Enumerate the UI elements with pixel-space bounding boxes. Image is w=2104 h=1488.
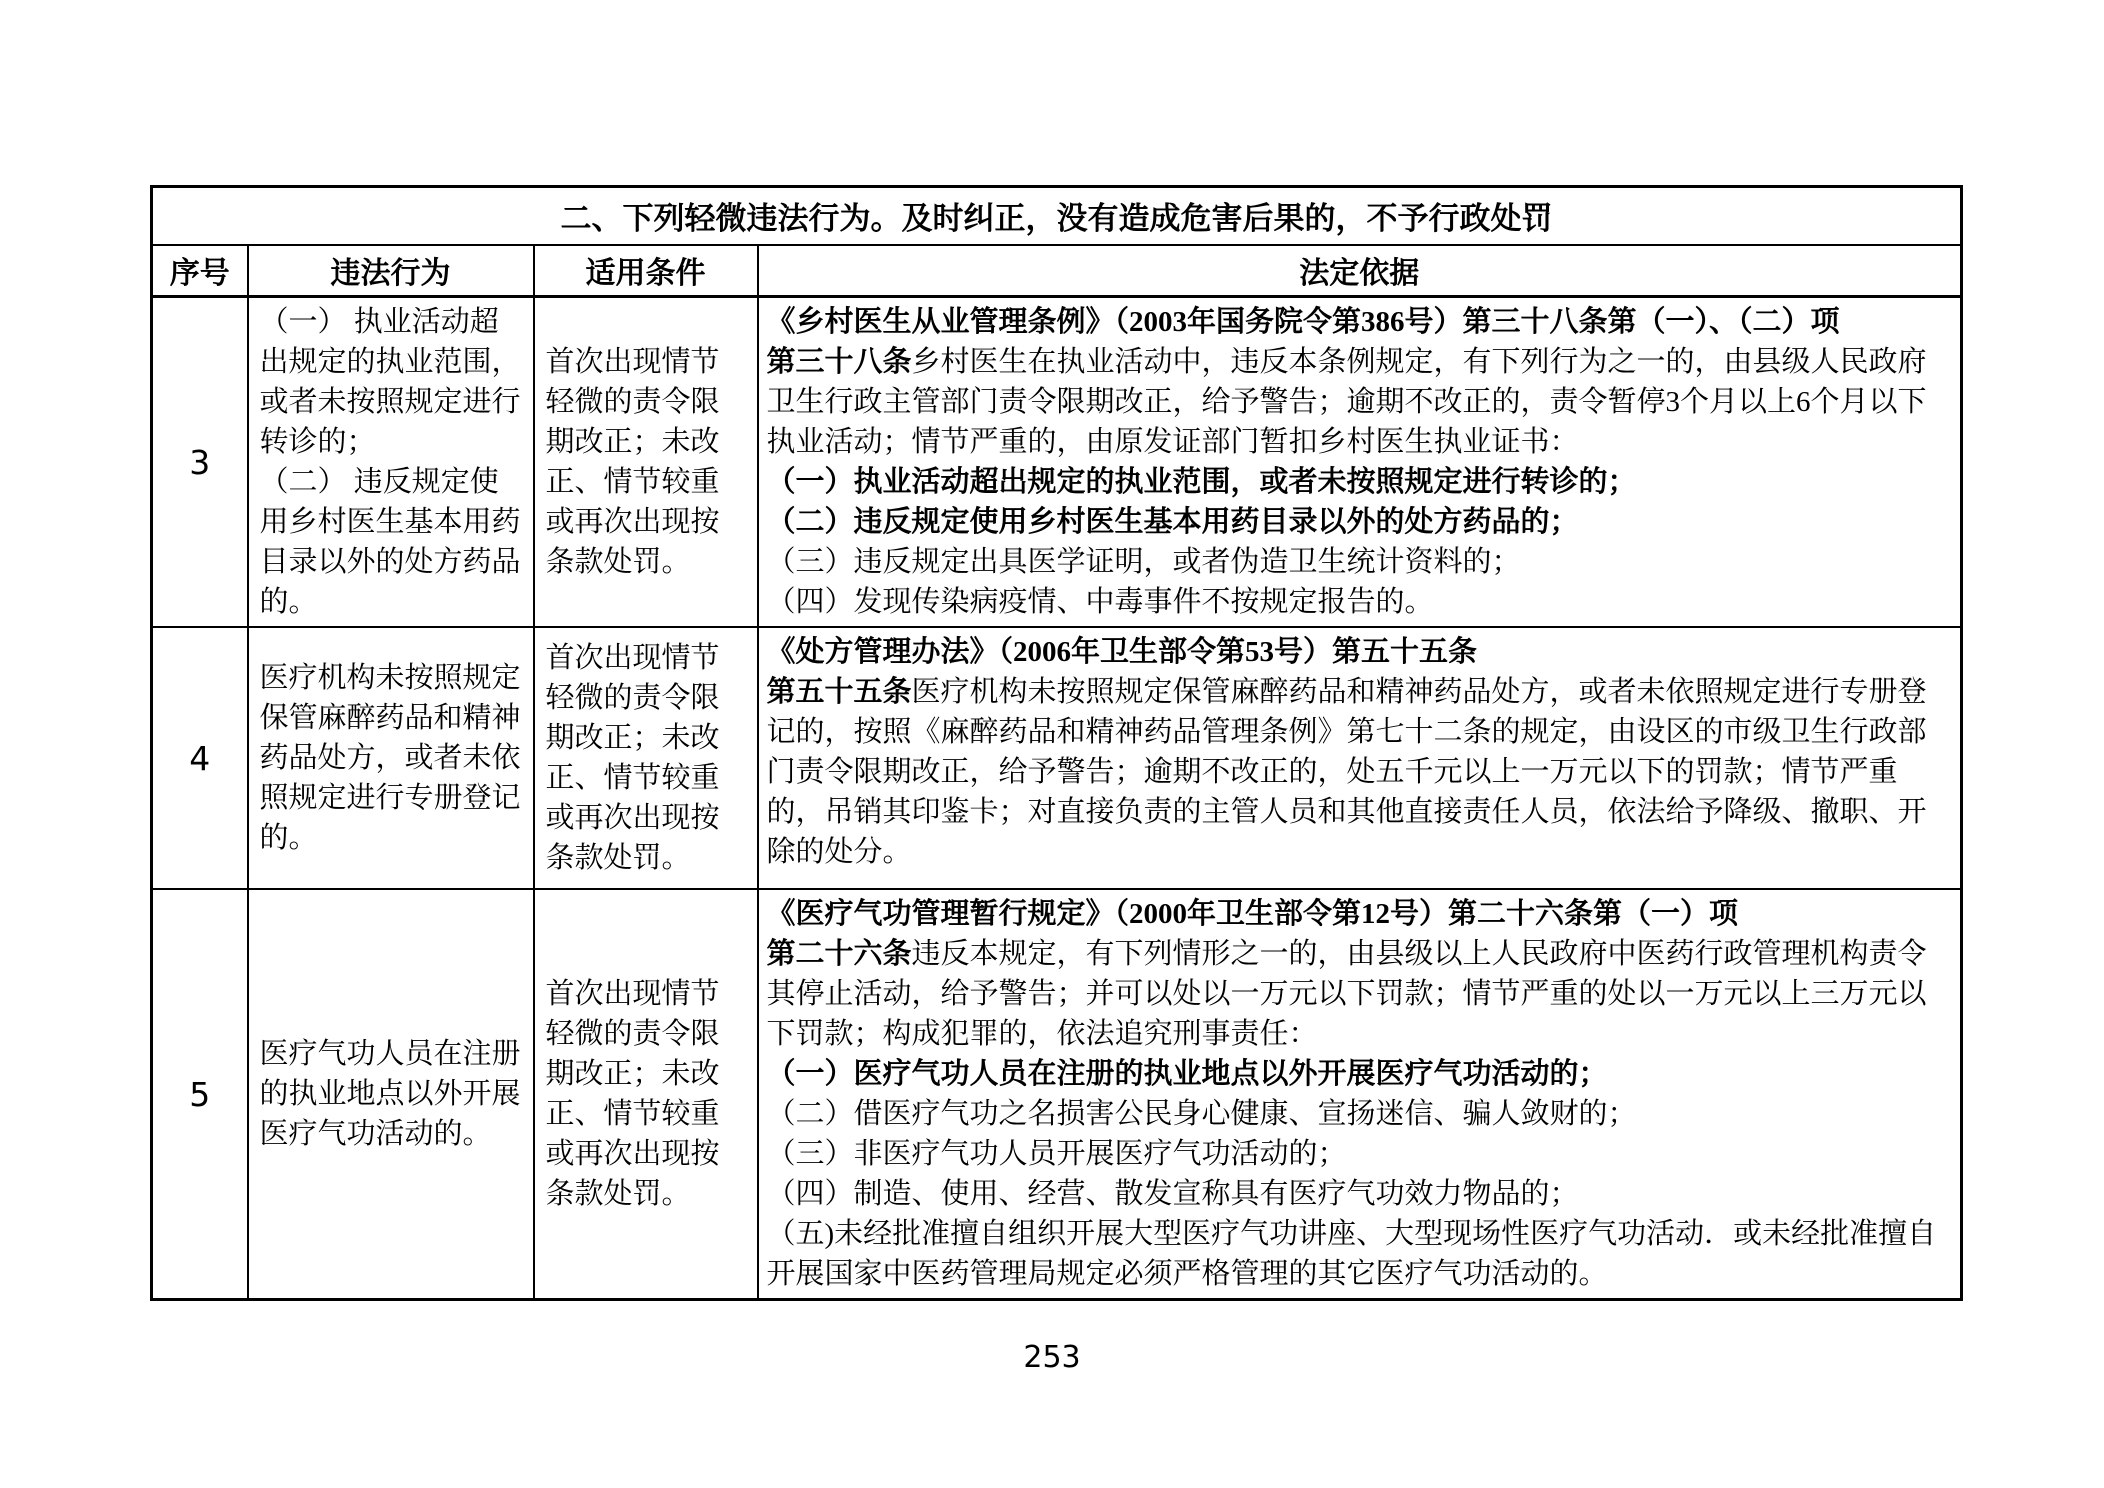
- text-paragraph: 医疗机构未按照规定保管麻醉药品和精神药品处方，或者未依照规定进行专册登记的。: [260, 658, 522, 858]
- document-page: 二、下列轻微违法行为。及时纠正，没有造成危害后果的，不予行政处罚 序号 违法行为…: [0, 0, 2104, 1488]
- legal-text: （五)未经批准擅自组织开展大型医疗气功讲座、大型现场性医疗气功活动．或未经批准擅…: [767, 1218, 1937, 1290]
- column-header-behavior: 违法行为: [248, 245, 534, 297]
- legal-basis-line: 《乡村医生从业管理条例》（2003年国务院令第386号）第三十八条第（一）、（二…: [767, 302, 1951, 342]
- text-paragraph: 首次出现情节轻微的责令限期改正；未改正、情节较重或再次出现按条款处罚。: [546, 974, 746, 1214]
- text-paragraph: 首次出现情节轻微的责令限期改正；未改正、情节较重或再次出现按条款处罚。: [546, 342, 746, 582]
- legal-text: 乡村医生在执业活动中，违反本条例规定，有下列行为之一的，由县级人民政府卫生行政主…: [767, 346, 1927, 458]
- condition-cell: 首次出现情节轻微的责令限期改正；未改正、情节较重或再次出现按条款处罚。: [534, 627, 758, 889]
- legal-basis-line: （三）违反规定出具医学证明，或者伪造卫生统计资料的；: [767, 542, 1951, 582]
- row-index: 4: [152, 627, 248, 889]
- behavior-cell: 医疗机构未按照规定保管麻醉药品和精神药品处方，或者未依照规定进行专册登记的。: [248, 627, 534, 889]
- table-title: 二、下列轻微违法行为。及时纠正，没有造成危害后果的，不予行政处罚: [152, 187, 1962, 245]
- legal-basis-cell: 《乡村医生从业管理条例》（2003年国务院令第386号）第三十八条第（一）、（二…: [758, 297, 1962, 628]
- legal-text-bold: 第五十五条: [767, 676, 912, 708]
- legal-text: （三）非医疗气功人员开展医疗气功活动的；: [767, 1138, 1347, 1170]
- table-row: 5 医疗气功人员在注册的执业地点以外开展医疗气功活动的。 首次出现情节轻微的责令…: [152, 889, 1962, 1300]
- table-header-row: 序号 违法行为 适用条件 法定依据: [152, 245, 1962, 297]
- legal-text-bold: （一）医疗气功人员在注册的执业地点以外开展医疗气功活动的；: [767, 1058, 1608, 1090]
- legal-text: （四）发现传染病疫情、中毒事件不按规定报告的。: [767, 586, 1434, 618]
- legal-basis-line: 《医疗气功管理暂行规定》（2000年卫生部令第12号）第二十六条第（一）项: [767, 894, 1951, 934]
- column-header-condition: 适用条件: [534, 245, 758, 297]
- table-row: 4 医疗机构未按照规定保管麻醉药品和精神药品处方，或者未依照规定进行专册登记的。…: [152, 627, 1962, 889]
- table-body: 3 （一） 执业活动超出规定的执业范围，或者未按照规定进行转诊的；（二） 违反规…: [152, 297, 1962, 1300]
- legal-text-bold: （一）执业活动超出规定的执业范围，或者未按照规定进行转诊的；: [767, 466, 1637, 498]
- legal-text-bold: 《处方管理办法》（2006年卫生部令第53号）第五十五条: [767, 636, 1478, 668]
- legal-text-bold: （二）违反规定使用乡村医生基本用药目录以外的处方药品的；: [767, 506, 1579, 538]
- legal-basis-cell: 《处方管理办法》（2006年卫生部令第53号）第五十五条第五十五条医疗机构未按照…: [758, 627, 1962, 889]
- legal-basis-line: （二）违反规定使用乡村医生基本用药目录以外的处方药品的；: [767, 502, 1951, 542]
- condition-cell: 首次出现情节轻微的责令限期改正；未改正、情节较重或再次出现按条款处罚。: [534, 889, 758, 1300]
- legal-basis-line: （五)未经批准擅自组织开展大型医疗气功讲座、大型现场性医疗气功活动．或未经批准擅…: [767, 1214, 1951, 1294]
- legal-basis-cell: 《医疗气功管理暂行规定》（2000年卫生部令第12号）第二十六条第（一）项第二十…: [758, 889, 1962, 1300]
- row-index: 3: [152, 297, 248, 628]
- legal-basis-line: 第二十六条违反本规定，有下列情形之一的，由县级以上人民政府中医药行政管理机构责令…: [767, 934, 1951, 1054]
- behavior-cell: 医疗气功人员在注册的执业地点以外开展医疗气功活动的。: [248, 889, 534, 1300]
- condition-cell: 首次出现情节轻微的责令限期改正；未改正、情节较重或再次出现按条款处罚。: [534, 297, 758, 628]
- legal-text: 医疗机构未按照规定保管麻醉药品和精神药品处方，或者未依照规定进行专册登记的，按照…: [767, 676, 1927, 868]
- legal-text-bold: 第三十八条: [767, 346, 912, 378]
- legal-basis-line: （二）借医疗气功之名损害公民身心健康、宣扬迷信、骗人敛财的；: [767, 1094, 1951, 1134]
- legal-text-bold: 《医疗气功管理暂行规定》（2000年卫生部令第12号）第二十六条第（一）项: [767, 898, 1739, 930]
- legal-basis-line: （四）制造、使用、经营、散发宣称具有医疗气功效力物品的；: [767, 1174, 1951, 1214]
- legal-basis-line: 第三十八条乡村医生在执业活动中，违反本条例规定，有下列行为之一的，由县级人民政府…: [767, 342, 1951, 462]
- legal-text-bold: 《乡村医生从业管理条例》（2003年国务院令第386号）第三十八条第（一）、（二…: [767, 306, 1840, 338]
- text-paragraph: 首次出现情节轻微的责令限期改正；未改正、情节较重或再次出现按条款处罚。: [546, 638, 746, 878]
- legal-text: 违反本规定，有下列情形之一的，由县级以上人民政府中医药行政管理机构责令其停止活动…: [767, 938, 1927, 1050]
- behavior-cell: （一） 执业活动超出规定的执业范围，或者未按照规定进行转诊的；（二） 违反规定使…: [248, 297, 534, 628]
- table-row: 3 （一） 执业活动超出规定的执业范围，或者未按照规定进行转诊的；（二） 违反规…: [152, 297, 1962, 628]
- text-paragraph: 医疗气功人员在注册的执业地点以外开展医疗气功活动的。: [260, 1034, 522, 1154]
- text-paragraph: （二） 违反规定使用乡村医生基本用药目录以外的处方药品的。: [260, 462, 522, 622]
- page-number: 253: [0, 1340, 2104, 1375]
- regulation-table: 二、下列轻微违法行为。及时纠正，没有造成危害后果的，不予行政处罚 序号 违法行为…: [150, 185, 1963, 1301]
- legal-basis-line: 《处方管理办法》（2006年卫生部令第53号）第五十五条: [767, 632, 1951, 672]
- legal-basis-line: （一）医疗气功人员在注册的执业地点以外开展医疗气功活动的；: [767, 1054, 1951, 1094]
- legal-basis-line: 第五十五条医疗机构未按照规定保管麻醉药品和精神药品处方，或者未依照规定进行专册登…: [767, 672, 1951, 872]
- text-paragraph: （一） 执业活动超出规定的执业范围，或者未按照规定进行转诊的；: [260, 302, 522, 462]
- column-header-index: 序号: [152, 245, 248, 297]
- legal-basis-line: （四）发现传染病疫情、中毒事件不按规定报告的。: [767, 582, 1951, 622]
- legal-text: （二）借医疗气功之名损害公民身心健康、宣扬迷信、骗人敛财的；: [767, 1098, 1637, 1130]
- legal-text: （三）违反规定出具医学证明，或者伪造卫生统计资料的；: [767, 546, 1521, 578]
- legal-basis-line: （一）执业活动超出规定的执业范围，或者未按照规定进行转诊的；: [767, 462, 1951, 502]
- legal-text: （四）制造、使用、经营、散发宣称具有医疗气功效力物品的；: [767, 1178, 1579, 1210]
- legal-text-bold: 第二十六条: [767, 938, 912, 970]
- table-title-row: 二、下列轻微违法行为。及时纠正，没有造成危害后果的，不予行政处罚: [152, 187, 1962, 245]
- legal-basis-line: （三）非医疗气功人员开展医疗气功活动的；: [767, 1134, 1951, 1174]
- column-header-legal-basis: 法定依据: [758, 245, 1962, 297]
- row-index: 5: [152, 889, 248, 1300]
